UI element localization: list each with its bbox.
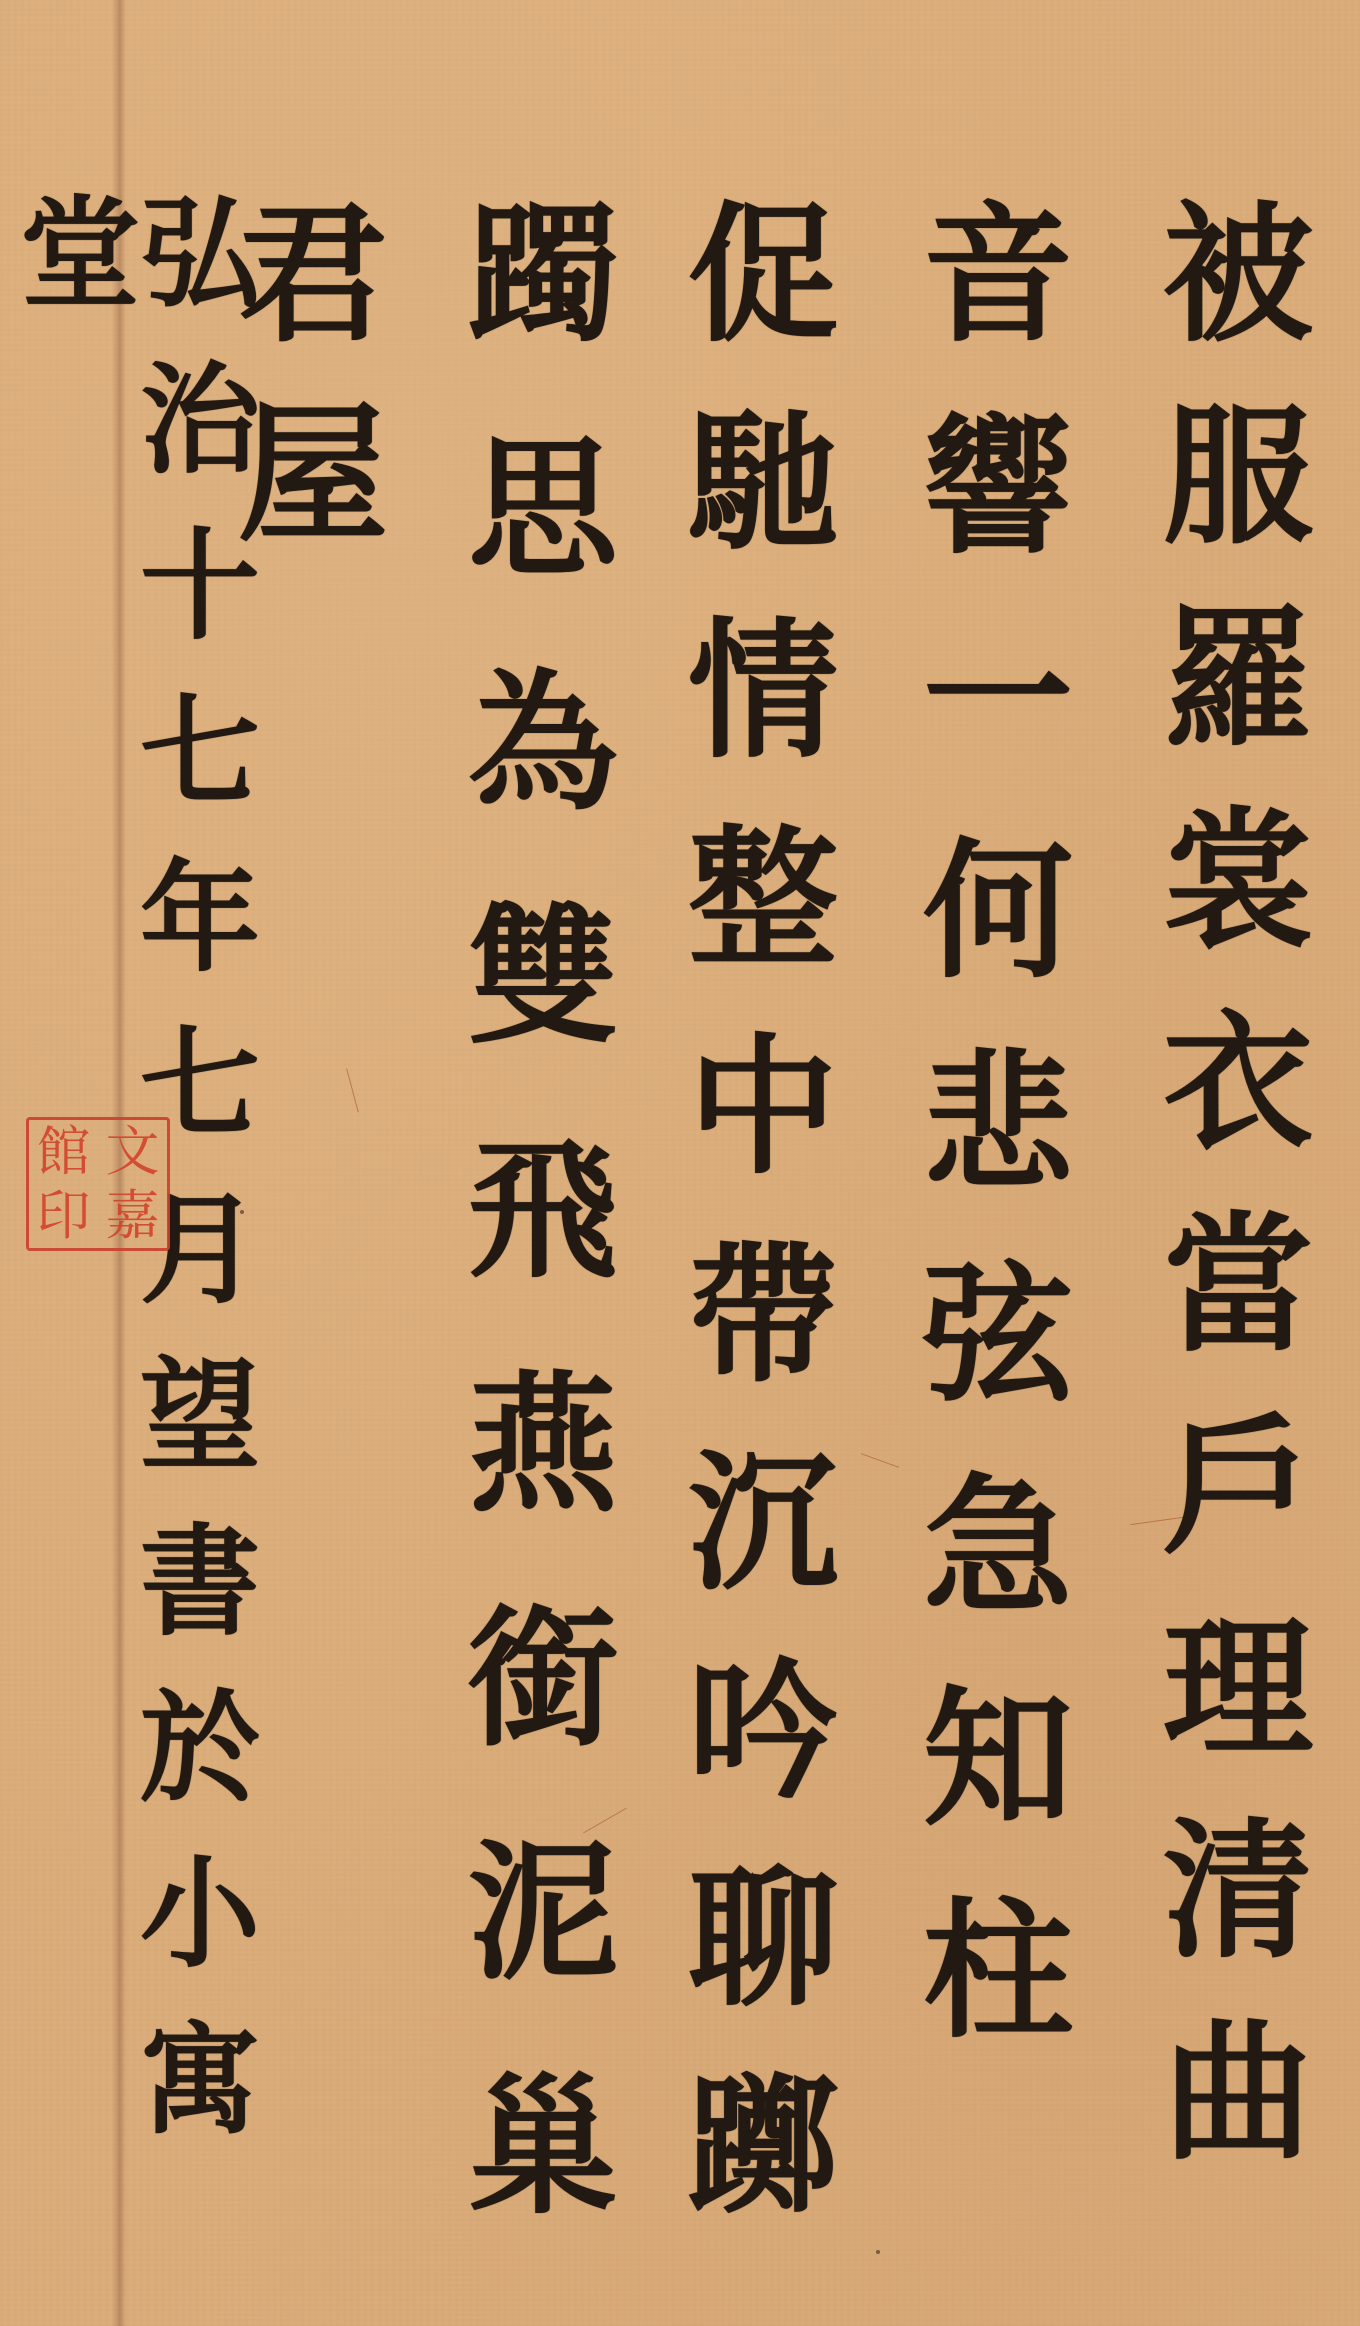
seal-character: 印 xyxy=(29,1184,98,1248)
seal-character: 嘉 xyxy=(98,1184,167,1248)
seal-character: 文 xyxy=(98,1120,167,1184)
seal-character: 館 xyxy=(29,1120,98,1184)
signature-inscription-column: 弘治十七年七月望書於小寓堂 xyxy=(10,190,250,2326)
calligraphy-column-3: 促馳情整中帶沉吟聊躑 xyxy=(675,195,825,2275)
red-seal-stamp: 文 嘉 館 印 xyxy=(26,1117,170,1251)
calligraphy-column-2: 音響一何悲弦急知柱 xyxy=(910,195,1060,2103)
paper-speck xyxy=(876,2250,880,2254)
calligraphy-column-4: 躅思為雙飛燕銜泥巢 xyxy=(455,195,605,2301)
calligraphy-column-1: 被服羅裳衣當戶理清曲 xyxy=(1150,195,1300,2215)
